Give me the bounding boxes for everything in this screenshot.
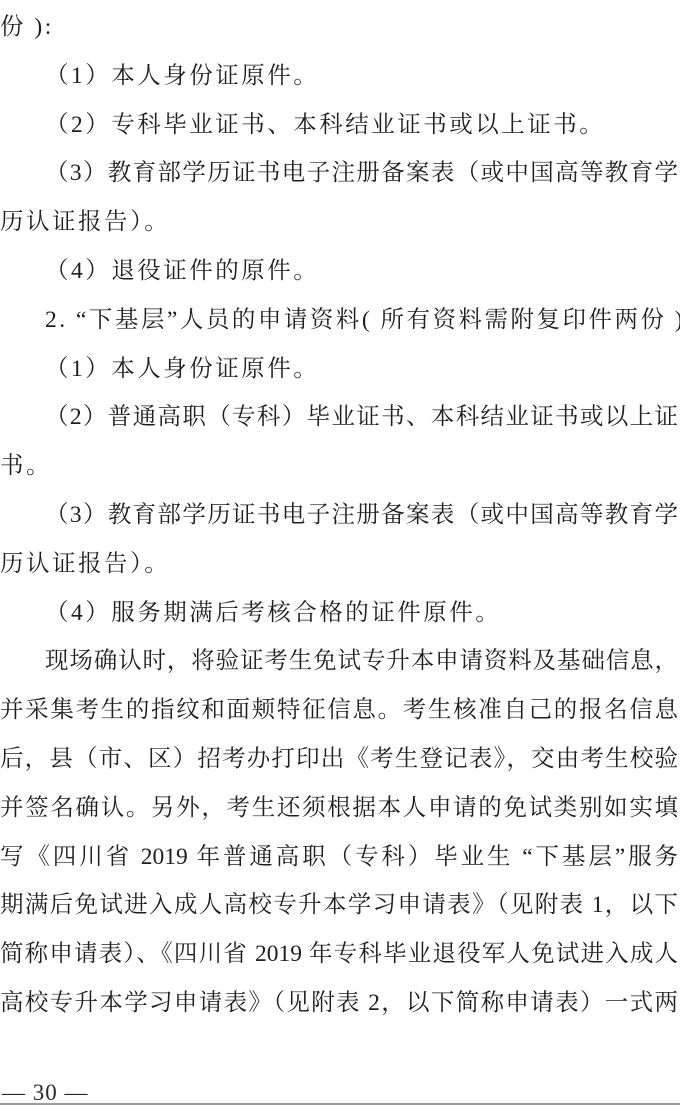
text-line: 书。 xyxy=(0,442,680,491)
text-line: （1）本人身份证原件。 xyxy=(0,52,680,101)
text-line: （2）专科毕业证书、本科结业证书或以上证书。 xyxy=(0,101,680,150)
text-line: 2. “下基层”人员的申请资料( 所有资料需附复印件两份 ): xyxy=(0,296,680,345)
text-line: （4）服务期满后考核合格的证件原件。 xyxy=(0,589,680,638)
text-line: （3）教育部学历证书电子注册备案表（或中国高等教育学 xyxy=(0,491,680,540)
text-line: 高校专升本学习申请表》（见附表 2，以下简称申请表）一式两 xyxy=(0,979,680,1028)
text-line: 并采集考生的指纹和面颊特征信息。考生核准自己的报名信息 xyxy=(0,686,680,735)
text-line: （4）退役证件的原件。 xyxy=(0,247,680,296)
text-block: 份 ):（1）本人身份证原件。（2）专科毕业证书、本科结业证书或以上证书。（3）… xyxy=(0,0,680,1028)
text-line: 期满后免试进入成人高校专升本学习申请表》（见附表 1，以下 xyxy=(0,881,680,930)
text-line: 现场确认时，将验证考生免试专升本申请资料及基础信息， xyxy=(0,637,680,686)
text-line: 简称申请表）、《四川省 2019 年专科毕业退役军人免试进入成人 xyxy=(0,930,680,979)
text-line: 历认证报告）。 xyxy=(0,540,680,589)
text-line: （1）本人身份证原件。 xyxy=(0,345,680,394)
text-line: 历认证报告）。 xyxy=(0,198,680,247)
text-line: （3）教育部学历证书电子注册备案表（或中国高等教育学 xyxy=(0,149,680,198)
text-line: 后，县（市、区）招考办打印出《考生登记表》，交由考生校验 xyxy=(0,735,680,784)
text-line: （2）普通高职（专科）毕业证书、本科结业证书或以上证 xyxy=(0,393,680,442)
text-line: 份 ): xyxy=(0,3,680,52)
page-number: — 30 — xyxy=(2,1081,89,1104)
text-line: 并签名确认。另外，考生还须根据本人申请的免试类别如实填 xyxy=(0,784,680,833)
document-page: 份 ):（1）本人身份证原件。（2）专科毕业证书、本科结业证书或以上证书。（3）… xyxy=(0,0,680,1105)
text-line: 写《四川省 2019 年普通高职（专科）毕业生 “下基层”服务 xyxy=(0,833,680,882)
